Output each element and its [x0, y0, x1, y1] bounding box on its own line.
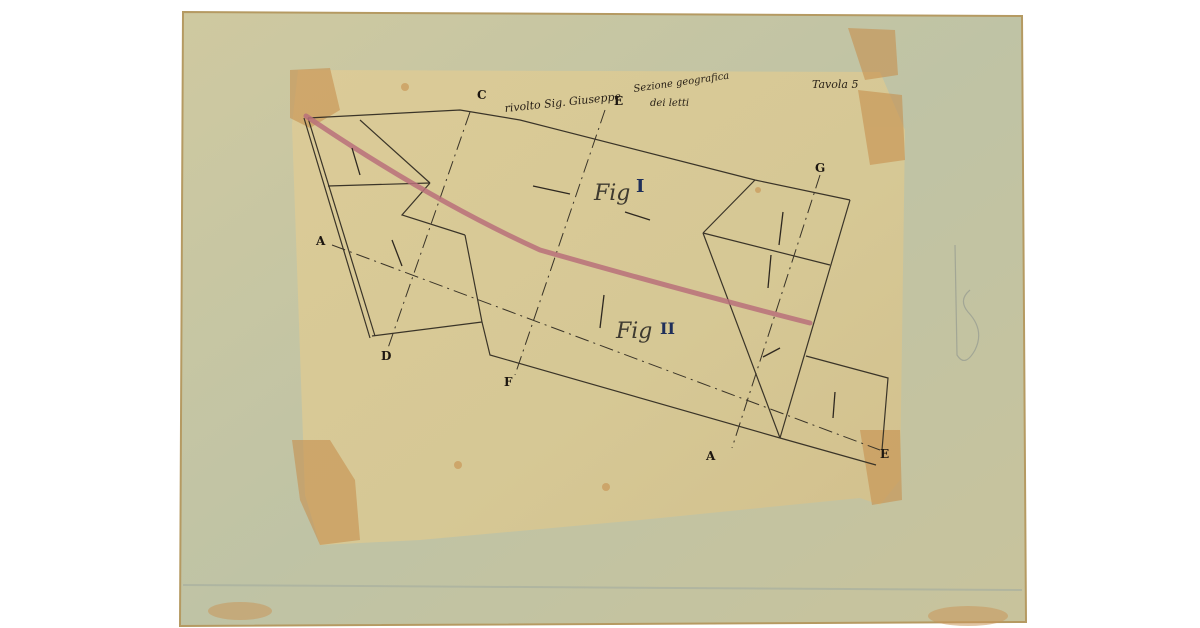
point-label-a-bottom: A: [705, 449, 716, 463]
archival-drawing-scan: A C D E F G A E rivolto Sig. Giuseppe Se…: [0, 0, 1200, 628]
point-label-a: A: [315, 234, 326, 248]
point-label-g: G: [815, 161, 825, 175]
plate-label: Tavola 5: [812, 78, 858, 91]
figure-2-number: II: [660, 319, 675, 338]
point-label-d: D: [381, 349, 391, 363]
figure-1-number: I: [636, 176, 644, 197]
point-label-e-bottom: E: [880, 447, 889, 461]
figure-2-label: Fig: [615, 319, 652, 344]
figure-1-label: Fig: [593, 181, 630, 206]
point-label-f: F: [504, 375, 513, 389]
point-label-c: C: [477, 88, 487, 102]
title-note-line2: dei letti: [650, 98, 689, 109]
